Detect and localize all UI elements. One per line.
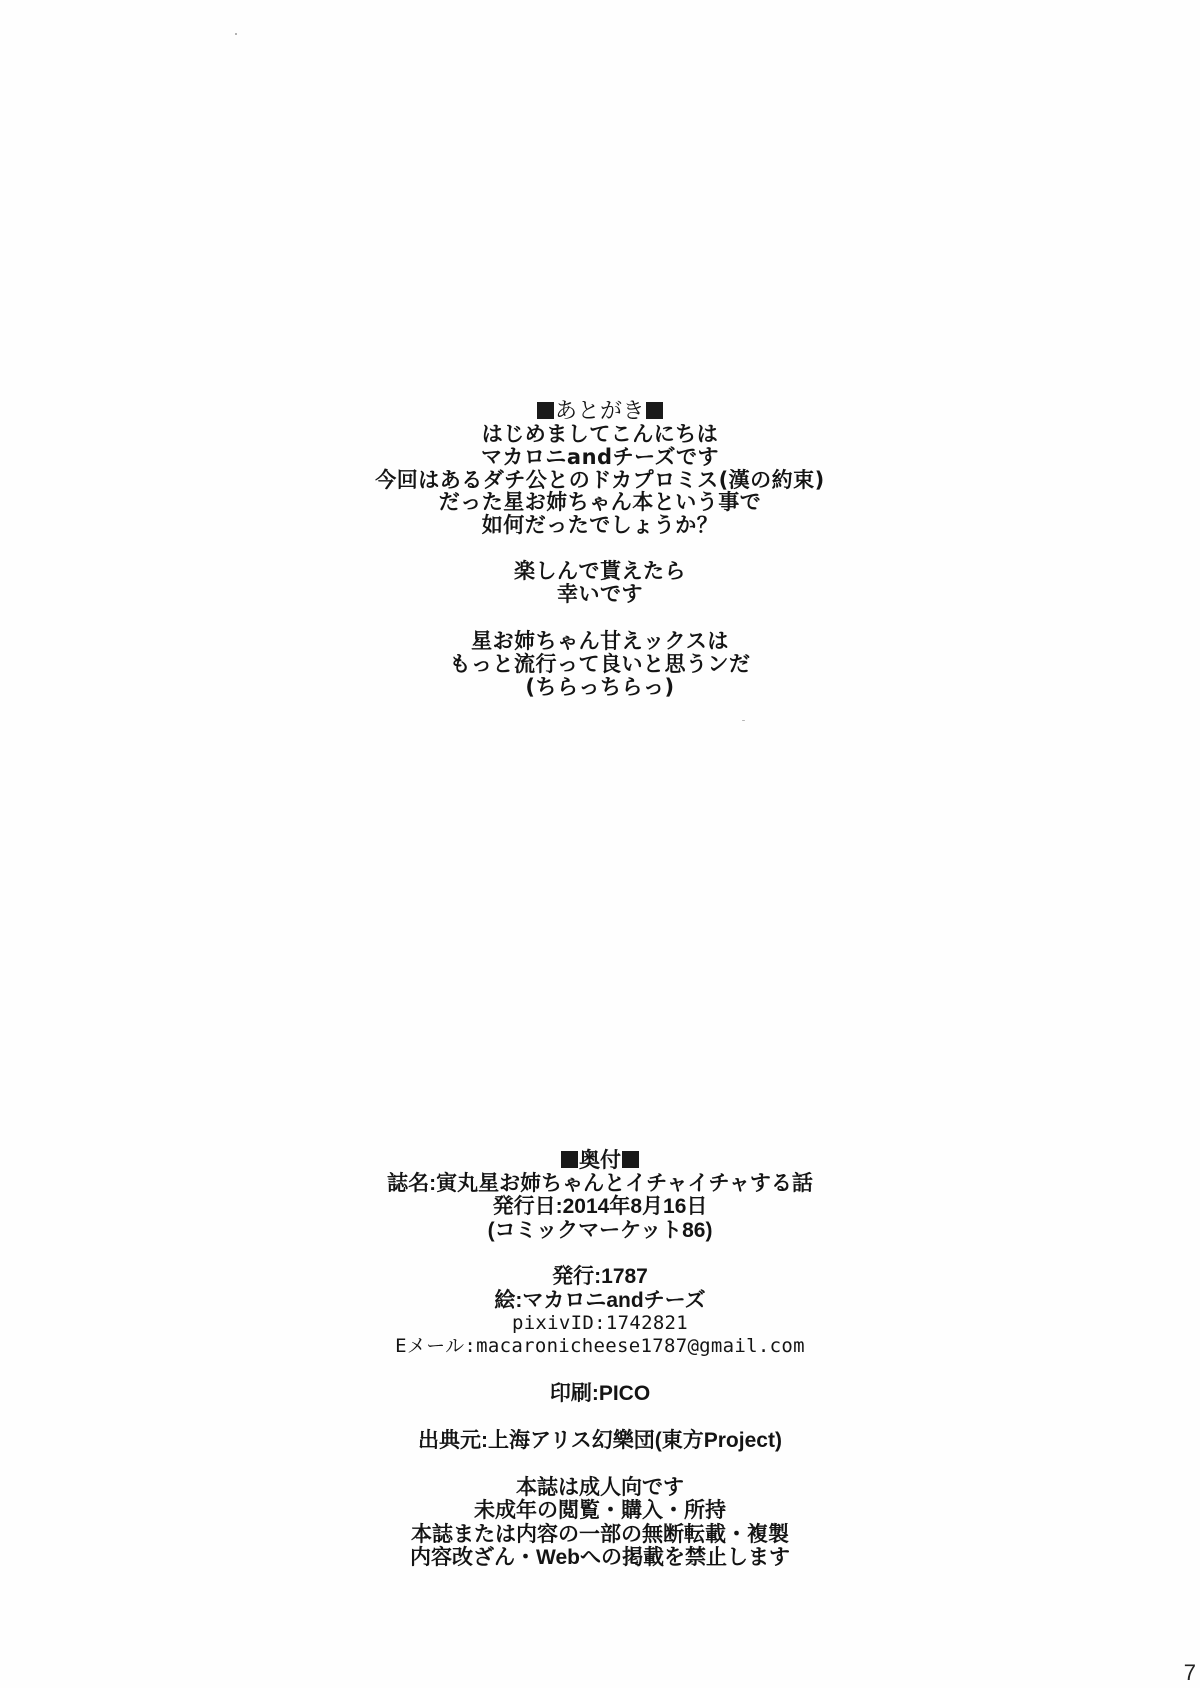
colophon-printer: 印刷:PICO <box>0 1383 1200 1404</box>
colophon-event: (コミックマーケット86) <box>0 1220 1200 1241</box>
book-page: あとがき はじめましてこんにちは マカロニandチーズです 今回はあるダチ公との… <box>0 0 1200 1688</box>
afterword-line: だった星お姉ちゃん本という事で <box>0 492 1200 513</box>
colophon-heading: 奥付 <box>0 1150 1200 1171</box>
afterword-line: (ちらっちらっ) <box>0 677 1200 698</box>
colophon-publisher: 発行:1787 <box>0 1266 1200 1287</box>
square-bullet-icon <box>646 402 663 419</box>
colophon-pixiv-id: pixivID:1742821 <box>0 1314 1200 1333</box>
colophon-source: 出典元:上海アリス幻樂団(東方Project) <box>0 1430 1200 1451</box>
paper-speck <box>742 720 745 721</box>
colophon-notice-line: 本誌または内容の一部の無断転載・複製 <box>0 1524 1200 1545</box>
square-bullet-icon <box>622 1151 639 1168</box>
colophon-artist: 絵:マカロニandチーズ <box>0 1290 1200 1311</box>
afterword-line: マカロニandチーズです <box>0 447 1200 468</box>
afterword-line: 星お姉ちゃん甘えックスは <box>0 631 1200 652</box>
afterword-line: 如何だったでしょうか？ <box>0 515 1200 536</box>
colophon-email: Eメール:macaronicheese1787@gmail.com <box>0 1337 1200 1356</box>
colophon-title: 誌名:寅丸星お姉ちゃんとイチャイチャする話 <box>0 1173 1200 1194</box>
afterword-line: 幸いです <box>0 584 1200 605</box>
colophon-notice-line: 未成年の閲覧・購入・所持 <box>0 1500 1200 1521</box>
afterword-line: 楽しんで貰えたら <box>0 561 1200 582</box>
afterword-line: 今回はあるダチ公とのドカプロミス(漢の約束) <box>0 470 1200 491</box>
afterword-line: はじめましてこんにちは <box>0 424 1200 445</box>
square-bullet-icon <box>537 402 554 419</box>
paper-speck <box>235 33 237 35</box>
afterword-line: もっと流行って良いと思うンだ <box>0 654 1200 675</box>
square-bullet-icon <box>561 1151 578 1168</box>
afterword-heading-text: あとがき <box>555 399 645 424</box>
colophon-notice-line: 内容改ざん・Webへの掲載を禁止します <box>0 1547 1200 1568</box>
afterword-heading: あとがき <box>0 401 1200 423</box>
colophon-heading-text: 奥付 <box>579 1149 621 1172</box>
page-number: 7 <box>1184 1660 1196 1686</box>
colophon-issue-date: 発行日:2014年8月16日 <box>0 1196 1200 1217</box>
colophon-notice-line: 本誌は成人向です <box>0 1477 1200 1498</box>
